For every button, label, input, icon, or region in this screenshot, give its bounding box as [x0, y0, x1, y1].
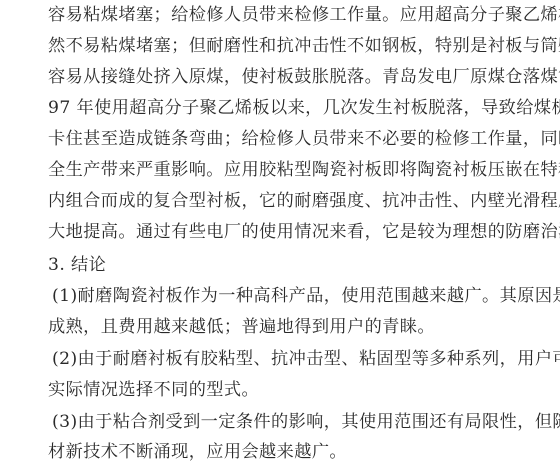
section-heading: 3. 结论 — [48, 254, 106, 276]
text-line: 卡住甚至造成链条弯曲；给检修人员带来不必要的检修工作量，同时给安 — [48, 128, 510, 150]
text-line: 全生产带来严重影响。应用胶粘型陶瓷衬板即将陶瓷衬板压嵌在特种橡胶 — [48, 159, 510, 181]
text-line: 容易从接缝处挤入原煤，使衬板鼓胀脱落。青岛发电厂原煤仓落煤筒自 — [48, 66, 510, 88]
text-line: 实际情况选择不同的型式。 — [48, 379, 259, 401]
text-line: (3)由于粘合剂受到一定条件的影响，其使用范围还有局限性，但随着新 — [52, 411, 510, 433]
text-line: 然不易粘煤堵塞；但耐磨性和抗冲击性不如钢板，特别是衬板与筒壁之间 — [48, 35, 510, 57]
text-line: 容易粘煤堵塞；给检修人员带来检修工作量。应用超高分子聚乙烯板，虽 — [48, 4, 510, 26]
text-line: 大地提高。通过有些电厂的使用情况来看，它是较为理想的防磨治漏方法。 — [48, 221, 510, 243]
text-line: (1)耐磨陶瓷衬板作为一种高科产品，使用范围越来越广。其原因是技术 — [52, 285, 510, 307]
text-line: 成熟，且费用越来越低；普遍地得到用户的青睐。 — [48, 316, 435, 338]
text-line: 内组合而成的复合型衬板，它的耐磨强度、抗冲击性、内壁光滑程度都大 — [48, 190, 510, 212]
text-line: 材新技术不断涌现，应用会越来越广。 — [48, 441, 347, 463]
text-line: 97 年使用超高分子聚乙烯板以来，几次发生衬板脱落，导致给煤机链条 — [48, 97, 510, 119]
text-line: (2)由于耐磨衬板有胶粘型、抗冲击型、粘固型等多种系列，用户可根据 — [52, 348, 510, 370]
